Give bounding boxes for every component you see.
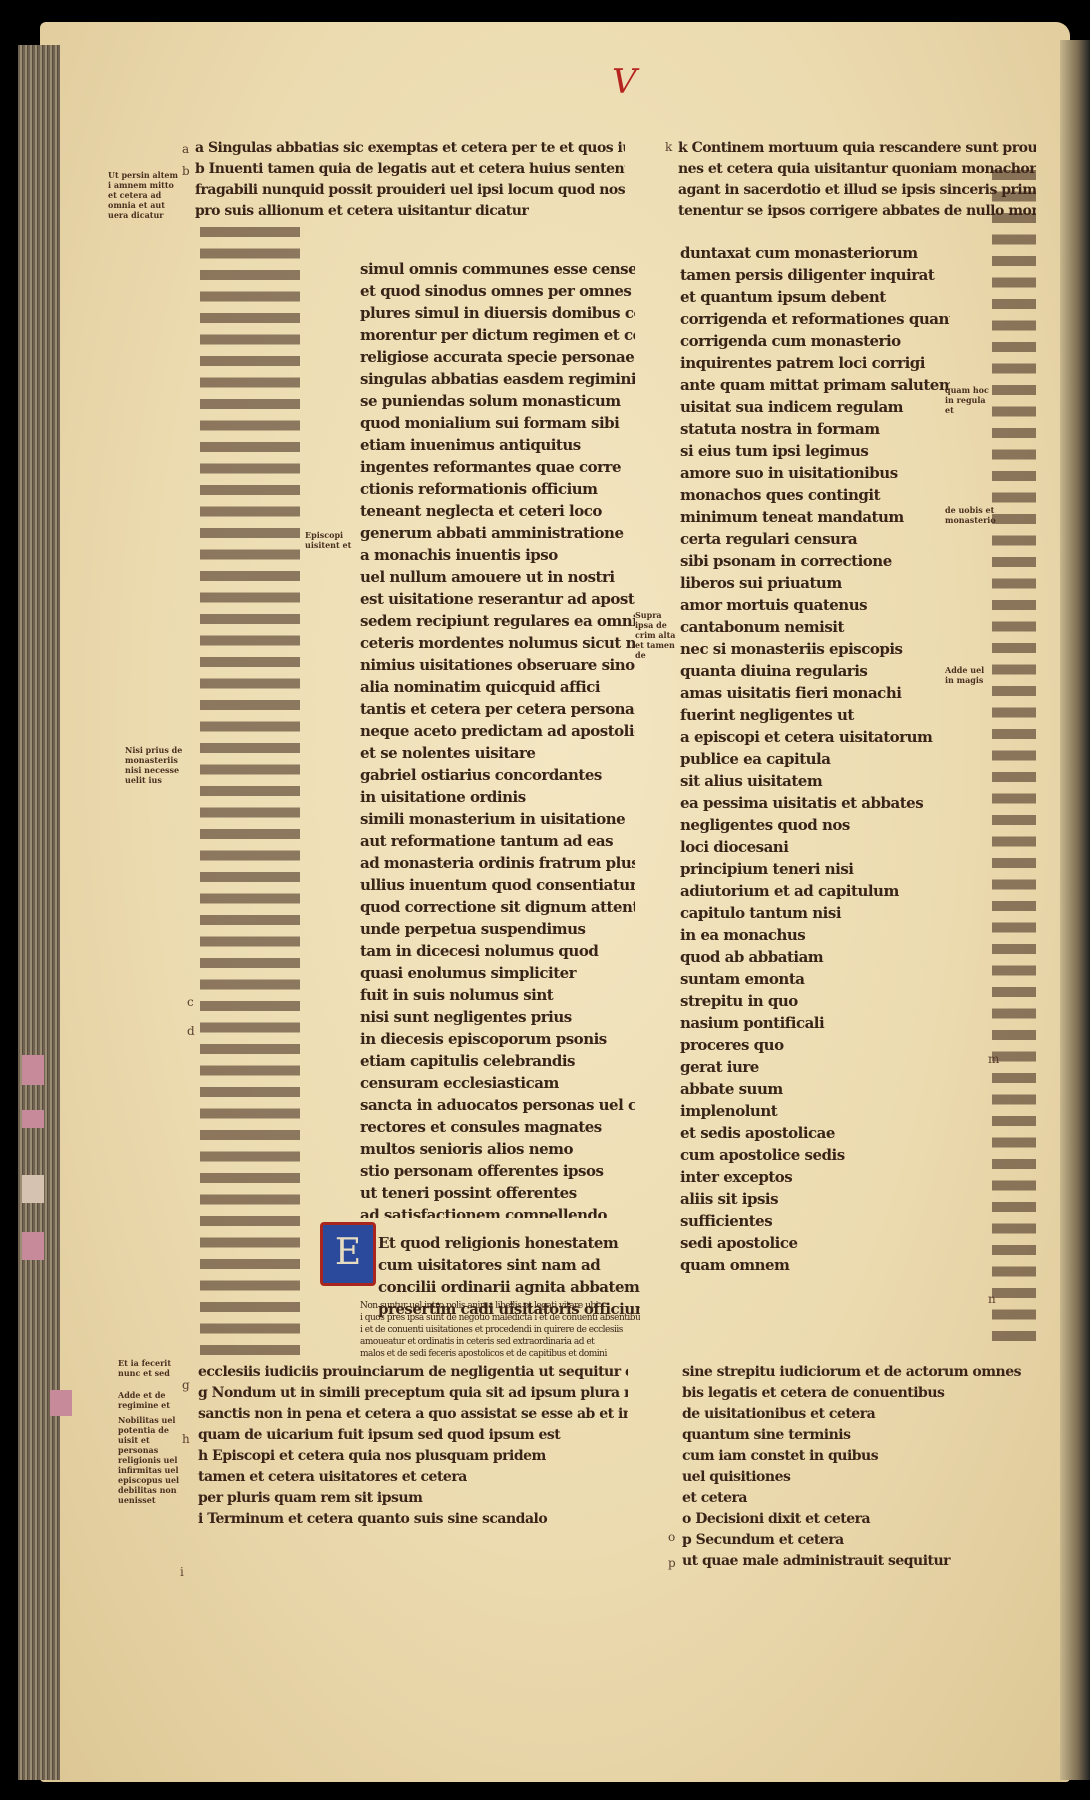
text-line: ceteris mordentes nolumus sicut non <box>360 632 635 654</box>
gloss-line: p Secundum et cetera <box>682 1530 1042 1551</box>
text-line: et sedis apostolicae <box>680 1122 950 1144</box>
text-line: sancta in aduocatos personas uel con <box>360 1094 635 1116</box>
text-line: tamen persis diligenter inquirat <box>680 264 950 286</box>
text-line: sufficientes <box>680 1210 950 1232</box>
section-letter: p <box>668 1556 676 1570</box>
text-line: proceres quo <box>680 1034 950 1056</box>
text-line: amas uisitatis fieri monachi <box>680 682 950 704</box>
text-line: ad satisfactionem compellendo <box>360 1204 635 1218</box>
section-letter: i <box>180 1565 184 1579</box>
gloss-line: de uisitationibus et cetera <box>682 1404 1042 1425</box>
gloss-line: g Nondum ut in simili preceptum quia sit… <box>198 1383 628 1404</box>
text-line: et quantum ipsum debent <box>680 286 950 308</box>
text-line: etiam inuenimus antiquitus <box>360 434 635 456</box>
gloss-line: agant in sacerdotio et illud se ipsis si… <box>678 180 1036 201</box>
gloss-line: o Decisioni dixit et cetera <box>682 1509 1042 1530</box>
text-line: teneant neglecta et ceteri loco <box>360 500 635 522</box>
section-letter: c <box>187 995 194 1009</box>
gloss-line: k Continem mortuum quia rescandere sunt … <box>678 138 1036 159</box>
text-line: et se nolentes uisitare <box>360 742 635 764</box>
text-line: amore suo in uisitationibus <box>680 462 950 484</box>
text-line: etiam capitulis celebrandis <box>360 1050 635 1072</box>
section-letter: n <box>988 1292 996 1306</box>
page-stack-edge <box>18 45 60 1780</box>
main-text-column-2: duntaxat cum monasteriorum tamen persis … <box>680 242 950 1292</box>
text-line: ctionis reformationis officium <box>360 478 635 500</box>
gloss-line: pro suis allionum et cetera uisitantur d… <box>195 201 625 222</box>
text-line: minimum teneat mandatum <box>680 506 950 528</box>
text-line: a monachis inuentis ipso <box>360 544 635 566</box>
text-line: morentur per dictum regimen et ceteri <box>360 324 635 346</box>
text-line: in ea monachus <box>680 924 950 946</box>
text-line: gabriel ostiarius concordantes <box>360 764 635 786</box>
text-line: corrigenda cum monasterio <box>680 330 950 352</box>
page-tab <box>50 1390 72 1416</box>
text-line: sedem recipiunt regulares ea omni <box>360 610 635 632</box>
text-line: sit alius uisitatem <box>680 770 950 792</box>
text-line: fuit in suis nolumus sint <box>360 984 635 1006</box>
section-letter: h <box>182 1432 190 1446</box>
gloss-line: a Singulas abbatias sic exemptas et cete… <box>195 138 625 159</box>
text-line: si eius tum ipsi legimus <box>680 440 950 462</box>
text-line: fuerint negligentes ut <box>680 704 950 726</box>
gloss-line: sanctis non in pena et cetera a quo assi… <box>198 1404 628 1425</box>
text-line: neque aceto predictam ad apostolicum <box>360 720 635 742</box>
text-line: negligentes quod nos <box>680 814 950 836</box>
section-letter: m <box>988 1052 999 1066</box>
text-line: tam in dicecesi nolumus quod <box>360 940 635 962</box>
page-tab <box>22 1110 44 1128</box>
page-tab <box>22 1055 44 1085</box>
marginal-note: Et ia fecerit nunc et sed <box>118 1358 188 1378</box>
bottom-gloss-right: sine strepitu iudiciorum et de actorum o… <box>682 1362 1042 1572</box>
gloss-line: quantum sine terminis <box>682 1425 1042 1446</box>
footnote-line: Non suntur uel intro polis anima libelli… <box>360 1300 640 1312</box>
marginal-note: de uobis et monasterio <box>945 505 995 525</box>
text-line: se puniendas solum monasticum <box>360 390 635 412</box>
gloss-line: i Terminum et cetera quanto suis sine sc… <box>198 1509 628 1530</box>
text-line: principium teneri nisi <box>680 858 950 880</box>
text-line: corrigenda et reformationes quantum <box>680 308 950 330</box>
text-line: stio personam offerentes ipsos <box>360 1160 635 1182</box>
text-line: quod ab abbatiam <box>680 946 950 968</box>
gloss-line: sine strepitu iudiciorum et de actorum o… <box>682 1362 1042 1383</box>
section-letter: k <box>665 140 672 154</box>
marginal-note: Episcopi uisitent et <box>305 530 360 550</box>
gloss-line: uel quisitiones <box>682 1467 1042 1488</box>
text-line: ullius inuentum quod consentiatur <box>360 874 635 896</box>
text-line: nisi sunt negligentes prius <box>360 1006 635 1028</box>
text-line: ingentes reformantes quae corre <box>360 456 635 478</box>
text-line: quasi enolumus simpliciter <box>360 962 635 984</box>
page-tab <box>22 1232 44 1260</box>
text-line: statuta nostra in formam <box>680 418 950 440</box>
gloss-line: tamen et cetera uisitatores et cetera <box>198 1467 628 1488</box>
folio-marker: V <box>612 62 637 102</box>
gloss-line: cum iam constet in quibus <box>682 1446 1042 1467</box>
text-line: et quod sinodus omnes per omnes inuestig… <box>360 280 635 302</box>
text-line: religiose accurata specie personae <box>360 346 635 368</box>
gloss-line: fragabili nunquid possit prouideri uel i… <box>195 180 625 201</box>
gloss-line: ut quae male administrauit sequitur <box>682 1551 1042 1572</box>
text-line: singulas abbatias easdem regimini <box>360 368 635 390</box>
text-line: ea pessima uisitatis et abbates <box>680 792 950 814</box>
text-line: in uisitatione ordinis <box>360 786 635 808</box>
text-line: publice ea capitula <box>680 748 950 770</box>
text-line: sedi apostolice <box>680 1232 950 1254</box>
text-line: quanta diuina regularis <box>680 660 950 682</box>
text-line: simili monasterium in uisitatione <box>360 808 635 830</box>
section-letter: d <box>187 1024 195 1038</box>
section-letter: g <box>182 1378 190 1392</box>
text-line: inter exceptos <box>680 1166 950 1188</box>
text-line: cum apostolice sedis <box>680 1144 950 1166</box>
text-line: implenolunt <box>680 1100 950 1122</box>
footnote-line: i et de conuenti uisitationes et procede… <box>360 1324 640 1336</box>
bottom-gloss-left: ecclesiis iudiciis prouinciarum de negli… <box>198 1362 628 1530</box>
text-line: adiutorium et ad capitulum <box>680 880 950 902</box>
text-line: a episcopi et cetera uisitatorum <box>680 726 950 748</box>
text-line: rectores et consules magnates <box>360 1116 635 1138</box>
text-line: quam omnem <box>680 1254 950 1276</box>
gloss-line: quam de uicarium fuit ipsum sed quod ips… <box>198 1425 628 1446</box>
text-line: nasium pontificali <box>680 1012 950 1034</box>
page-tab <box>22 1175 44 1203</box>
footnote-line: amoueatur et ordinatis in ceteris sed ex… <box>360 1336 640 1348</box>
text-line: simul omnis communes esse censeantur <box>360 258 635 280</box>
footnote-gloss: Non suntur uel intro polis anima libelli… <box>360 1300 640 1360</box>
text-line: capitulo tantum nisi <box>680 902 950 924</box>
text-line: uisitat sua indicem regulam <box>680 396 950 418</box>
text-line: quod monialium sui formam sibi <box>360 412 635 434</box>
gloss-line: tenentur se ipsos corrigere abbates de n… <box>678 201 1036 222</box>
left-gloss-column <box>200 222 300 1362</box>
text-line: tantis et cetera per cetera personae <box>360 698 635 720</box>
text-line: quod correctione sit dignum attentum <box>360 896 635 918</box>
text-line: monachos ques contingit <box>680 484 950 506</box>
text-line: nimius uisitationes obseruare sinodis <box>360 654 635 676</box>
footnote-line: i quos pres ipsa sunt de negotio maledic… <box>360 1312 640 1324</box>
section-letter: o <box>668 1530 675 1544</box>
text-line: concilii ordinarii agnita abbatem <box>378 1276 640 1298</box>
marginal-note: Adde uel in magis <box>945 665 995 685</box>
text-line: abbate suum <box>680 1078 950 1100</box>
gloss-line: et cetera <box>682 1488 1042 1509</box>
text-line: cantabonum nemisit <box>680 616 950 638</box>
text-line: aliis sit ipsis <box>680 1188 950 1210</box>
text-line: sibi psonam in correctione <box>680 550 950 572</box>
gloss-line: ecclesiis iudiciis prouinciarum de negli… <box>198 1362 628 1383</box>
marginal-note: Adde et de regimine et <box>118 1390 188 1410</box>
decorated-initial: E <box>320 1222 376 1286</box>
text-line: loci diocesani <box>680 836 950 858</box>
footnote-line: malos et de sedi feceris apostolicos et … <box>360 1348 640 1360</box>
gloss-line: per pluris quam rem sit ipsum <box>198 1488 628 1509</box>
text-line: ut teneri possint offerentes <box>360 1182 635 1204</box>
text-line: aut reformatione tantum ad eas <box>360 830 635 852</box>
main-text-column-1: simul omnis communes esse censeantur et … <box>360 258 635 1218</box>
text-line: generum abbati amministratione <box>360 522 635 544</box>
marginal-note: Supra ipsa de crim alta et tamen de <box>635 610 680 660</box>
section-letter: b <box>182 164 190 178</box>
text-line: in diecesis episcoporum psonis <box>360 1028 635 1050</box>
text-line: inquirentes patrem loci corrigi <box>680 352 950 374</box>
text-line: ante quam mittat primam salutem <box>680 374 950 396</box>
text-line: uel nullum amouere ut in nostri <box>360 566 635 588</box>
marginal-note: Nobilitas uel potentia de uisit et perso… <box>118 1415 188 1505</box>
text-line: plures simul in diuersis domibus con <box>360 302 635 324</box>
section-letter: a <box>182 142 189 156</box>
text-line: amor mortuis quatenus <box>680 594 950 616</box>
text-line: multos senioris alios nemo <box>360 1138 635 1160</box>
text-line: censuram ecclesiasticam <box>360 1072 635 1094</box>
gloss-line: nes et cetera quia uisitantur quoniam mo… <box>678 159 1036 180</box>
text-line: Et quod religionis honestatem <box>378 1232 640 1254</box>
text-line: unde perpetua suspendimus <box>360 918 635 940</box>
text-line: gerat iure <box>680 1056 950 1078</box>
gloss-line: h Episcopi et cetera quia nos plusquam p… <box>198 1446 628 1467</box>
right-gloss-column <box>992 165 1036 1350</box>
text-line: strepitu in quo <box>680 990 950 1012</box>
text-line: cum uisitatores sint nam ad <box>378 1254 640 1276</box>
text-line: duntaxat cum monasteriorum <box>680 242 950 264</box>
marginal-note: quam hoc in regula et <box>945 385 995 415</box>
text-line: suntam emonta <box>680 968 950 990</box>
marginal-note: Ut persin altem i amnem mitto et cetera … <box>108 170 178 220</box>
top-gloss-right: k Continem mortuum quia rescandere sunt … <box>678 138 1036 222</box>
text-line: ad monasteria ordinis fratrum plusquam <box>360 852 635 874</box>
top-gloss-left: a Singulas abbatias sic exemptas et cete… <box>195 138 625 222</box>
marginal-note: Nisi prius de monasteriis nisi necesse u… <box>125 745 195 785</box>
gloss-line: b Inuenti tamen quia de legatis aut et c… <box>195 159 625 180</box>
text-line: alia nominatim quicquid affici <box>360 676 635 698</box>
gloss-line: bis legatis et cetera de conuentibus <box>682 1383 1042 1404</box>
text-line: est uisitatione reserantur ad apostolica… <box>360 588 635 610</box>
text-line: nec si monasteriis episcopis <box>680 638 950 660</box>
facing-page-edge <box>1060 40 1090 1780</box>
text-line: certa regulari censura <box>680 528 950 550</box>
text-line: liberos sui priuatum <box>680 572 950 594</box>
